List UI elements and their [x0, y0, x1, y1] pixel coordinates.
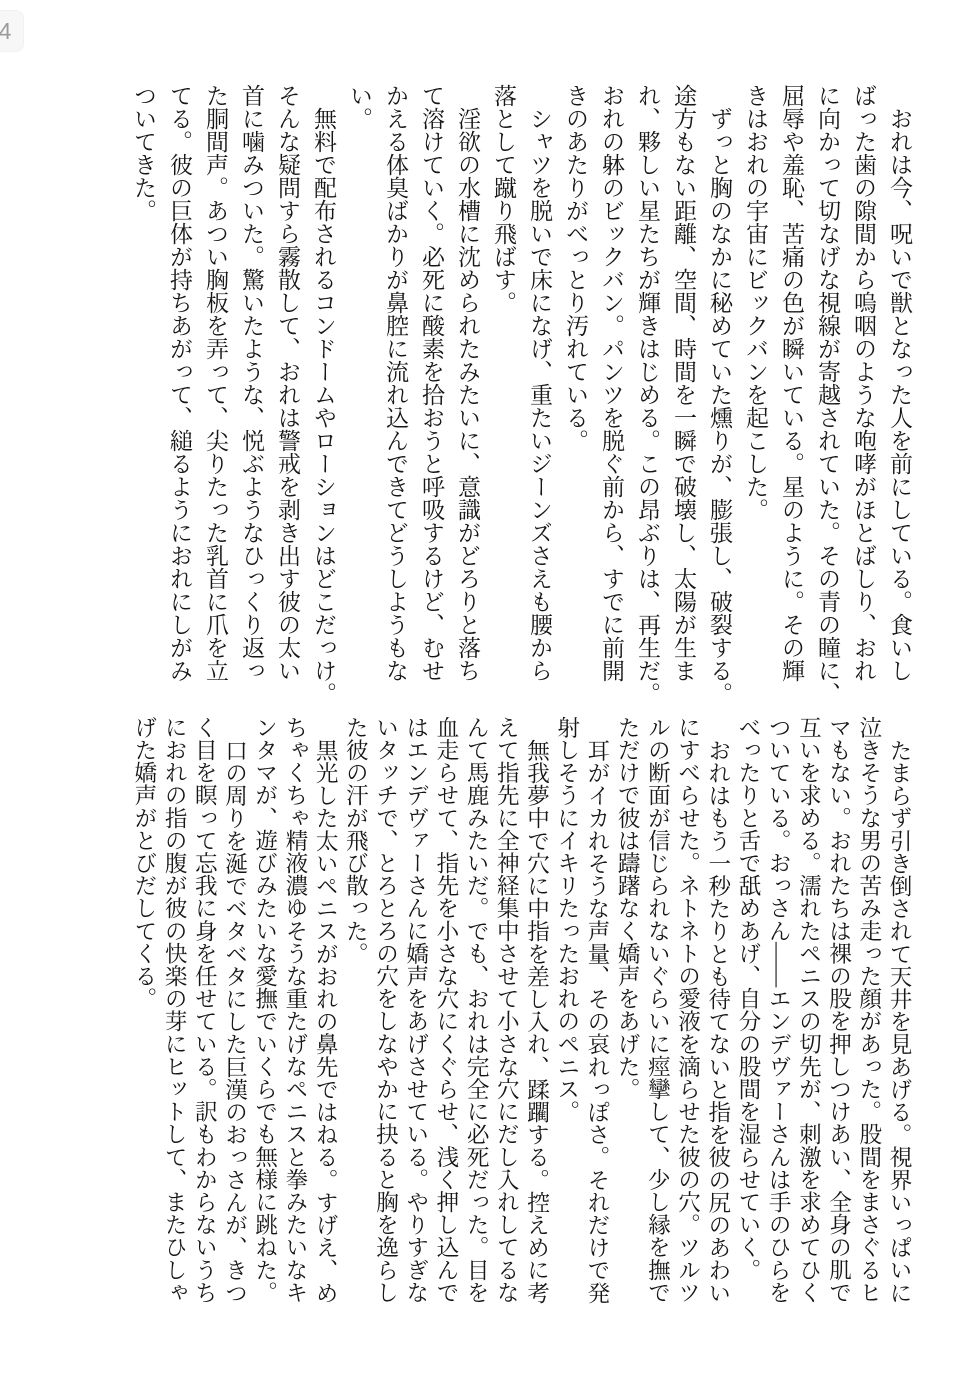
vertical-text-line: にすべらせた。ネトネトの愛液を滴らせた彼の穴。ツルツ	[672, 716, 702, 1316]
vertical-text-line: ただけで彼は躊躇なく嬌声をあげた。	[612, 716, 642, 1316]
vertical-text-line: はエンデヴァーさんに嬌声をあげさせている。やりすぎな	[401, 716, 431, 1316]
page-number: 4	[0, 20, 11, 43]
vertical-text-line: 無我夢中で穴に中指を差し入れ、蹂躙する。控えめに考	[521, 716, 551, 1316]
vertical-text-line: れ、夥しい星たちが輝きはじめる。この昂ぶりは、再生だ。	[629, 84, 665, 690]
vertical-text-line: ばった歯の隙間から嗚咽のような咆哮がほとばしり、おれ	[845, 84, 881, 690]
vertical-text-line: おれはもう一秒たりとも待てないと指を彼の尻のあわい	[703, 716, 733, 1316]
vertical-text-line: く目を瞑って忘我に身を任せている。訳もわからないうち	[189, 716, 219, 1316]
vertical-text-line: かえる体臭ばかりが鼻腔に流れ込んできてどうしようもな	[377, 84, 413, 690]
vertical-text-block-bottom: たまらず引き倒されて天井を見あげる。視界いっぱいに泣きそうな男の苦み走った顔があ…	[129, 716, 914, 1316]
vertical-text-line: 首に噛みついた。驚いたような、悦ぶようなひっくり返っ	[233, 84, 269, 690]
vertical-text-line: 黒光した太いペニスがおれの鼻先ではねる。すげえ、め	[310, 716, 340, 1316]
vertical-text-block-top: おれは今、呪いで獣となった人を前にしている。食いしばった歯の隙間から嗚咽のような…	[125, 84, 917, 690]
vertical-text-line: おれの躰のビックバン。パンツを脱ぐ前から、すでに前開	[593, 84, 629, 690]
vertical-text-line: ずっと胸のなかに秘めていた燻りが、膨張し、破裂する。	[701, 84, 737, 690]
vertical-text-line: ルの断面が信じられないぐらいに痙攣して、少し縁を撫で	[642, 716, 672, 1316]
vertical-text-line: きはおれの宇宙にビックバンを起こした。	[737, 84, 773, 690]
vertical-text-line: 互いを求める。濡れたペニスの切先が、刺激を求めてひく	[793, 716, 823, 1316]
vertical-text-line: いタッチで、とろとろの穴をしなやかに抉ると胸を逸らし	[370, 716, 400, 1316]
vertical-text-line: げた嬌声がとびだしてくる。	[129, 716, 159, 1316]
vertical-text-line: ついてきた。	[125, 84, 161, 690]
vertical-text-line: い。	[341, 84, 377, 690]
vertical-text-line: 淫欲の水槽に沈められたみたいに、意識がどろりと落ち	[449, 84, 485, 690]
vertical-text-line: 屈辱や羞恥、苦痛の色が瞬いている。星のように。その輝	[773, 84, 809, 690]
vertical-text-line: 口の周りを涎でベタベタにした巨漢のおっさんが、きつ	[219, 716, 249, 1316]
vertical-text-line: に向かって切なげな視線が寄越されていた。その青の瞳に、	[809, 84, 845, 690]
vertical-text-line: おれは今、呪いで獣となった人を前にしている。食いし	[881, 84, 917, 690]
vertical-text-line: た胴間声。あつい胸板を弄って、尖りたった乳首に爪を立	[197, 84, 233, 690]
vertical-text-line: 耳がイカれそうな声量、その哀れっぽさ。それだけで発	[582, 716, 612, 1316]
vertical-text-line: べったりと舌で舐めあげ、自分の股間を湿らせていく。	[733, 716, 763, 1316]
vertical-text-line: 泣きそうな男の苦み走った顔があった。股間をまさぐるヒ	[854, 716, 884, 1316]
vertical-text-line: におれの指の腹が彼の快楽の芽にヒットして、またひしゃ	[159, 716, 189, 1316]
vertical-text-line: ついている。おっさん――エンデヴァーさんは手のひらを	[763, 716, 793, 1316]
vertical-text-line: ンタマが、遊びみたいな愛撫でいくらでも無様に跳ねた。	[250, 716, 280, 1316]
page-number-badge: 4	[0, 10, 24, 52]
vertical-text-line: マもない。おれたちは裸の股を押しつけあい、全身の肌で	[823, 716, 853, 1316]
vertical-text-line: そんな疑問すら霧散して、おれは警戒を剥き出す彼の太い	[269, 84, 305, 690]
vertical-text-line: シャツを脱いで床になげ、重たいジーンズさえも腰から	[521, 84, 557, 690]
vertical-text-line: た彼の汗が飛び散った。	[340, 716, 370, 1316]
vertical-text-line: えて指先に全神経集中させて小さな穴にだし入れしてるな	[491, 716, 521, 1316]
vertical-text-line: 途方もない距離、空間、時間を一瞬で破壊し、太陽が生ま	[665, 84, 701, 690]
vertical-text-line: ちゃくちゃ精液濃ゆそうな重たげなペニスと拳みたいなキ	[280, 716, 310, 1316]
vertical-text-line: 無料で配布されるコンドームやローションはどこだっけ。	[305, 84, 341, 690]
vertical-text-line: んて馬鹿みたいだ。でも、おれは完全に必死だった。目を	[461, 716, 491, 1316]
vertical-text-line: きのあたりがべっとり汚れている。	[557, 84, 593, 690]
vertical-text-line: 射しそうにイキリたったおれのペニス。	[552, 716, 582, 1316]
vertical-text-line: 落として蹴り飛ばす。	[485, 84, 521, 690]
document-page: 4 おれは今、呪いで獣となった人を前にしている。食いしばった歯の隙間から嗚咽のよ…	[0, 0, 980, 1391]
vertical-text-line: たまらず引き倒されて天井を見あげる。視界いっぱいに	[884, 716, 914, 1316]
vertical-text-line: 血走らせて、指先を小さな穴にくぐらせ、浅く押し込んで	[431, 716, 461, 1316]
vertical-text-line: て溶けていく。必死に酸素を拾おうと呼吸するけど、むせ	[413, 84, 449, 690]
vertical-text-line: てる。彼の巨体が持ちあがって、縋るようにおれにしがみ	[161, 84, 197, 690]
